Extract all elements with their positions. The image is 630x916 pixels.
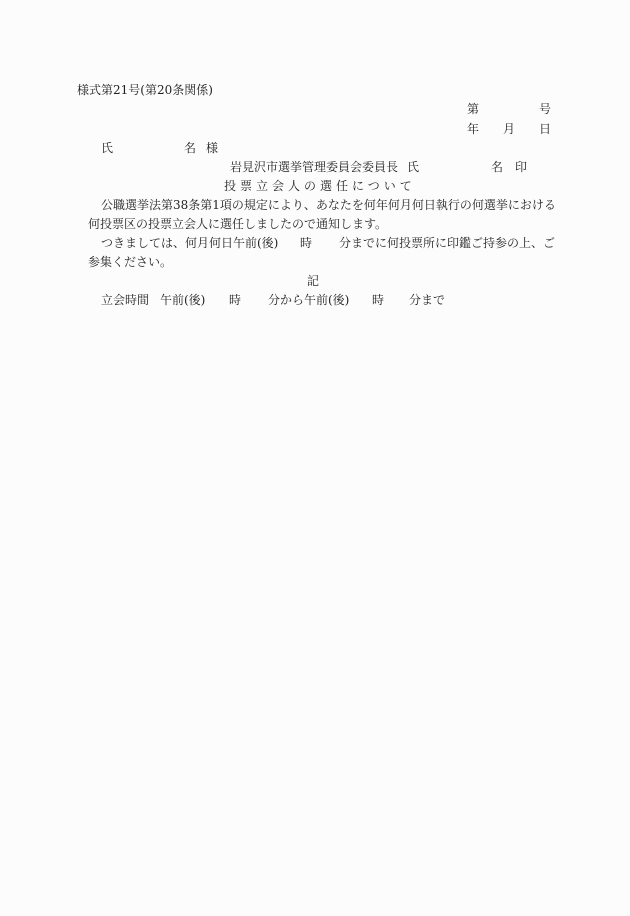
body-paragraph2-line2: 参集ください。 <box>88 256 172 268</box>
body-paragraph1-line1: 公職選挙法第38条第1項の規定により、あなたを何年何月何日執行の何選挙における <box>101 199 556 211</box>
sender-surname-label: 氏 <box>407 161 419 173</box>
date-year: 年 <box>467 123 479 135</box>
attendance-start-ampm: 午前(後) <box>160 294 205 306</box>
body-paragraph2-line1-c: 分までに何投票所に印鑑ご持参の上、ご <box>339 237 555 249</box>
body-paragraph2-line1-b: 時 <box>300 237 312 249</box>
record-heading: 記 <box>307 275 319 287</box>
form-number: 様式第21号(第20条関係) <box>77 84 213 96</box>
addressee-honorific: 様 <box>206 142 218 154</box>
sender-seal: 印 <box>515 161 527 173</box>
subject-heading: 投票立会人の選任について <box>224 180 416 192</box>
body-paragraph2-line1-a: つきましては、何月何日午前(後) <box>101 237 278 249</box>
attendance-start-min-from: 分から午前(後) <box>268 294 349 306</box>
addressee-name-label: 名 <box>184 142 196 154</box>
addressee-surname-label: 氏 <box>101 142 113 154</box>
attendance-start-hour: 時 <box>229 294 241 306</box>
attendance-time-label: 立会時間 <box>101 294 149 306</box>
number-prefix: 第 <box>467 103 479 115</box>
sender-title: 岩見沢市選挙管理委員会委員長 <box>230 161 398 173</box>
attendance-end-hour: 時 <box>372 294 384 306</box>
body-paragraph1-line2: 何投票区の投票立会人に選任しましたので通知します。 <box>88 218 387 230</box>
sender-name-label: 名 <box>491 161 503 173</box>
date-day: 日 <box>539 123 551 135</box>
date-month: 月 <box>503 123 515 135</box>
number-suffix: 号 <box>539 103 551 115</box>
attendance-end-min-until: 分まで <box>409 294 445 306</box>
